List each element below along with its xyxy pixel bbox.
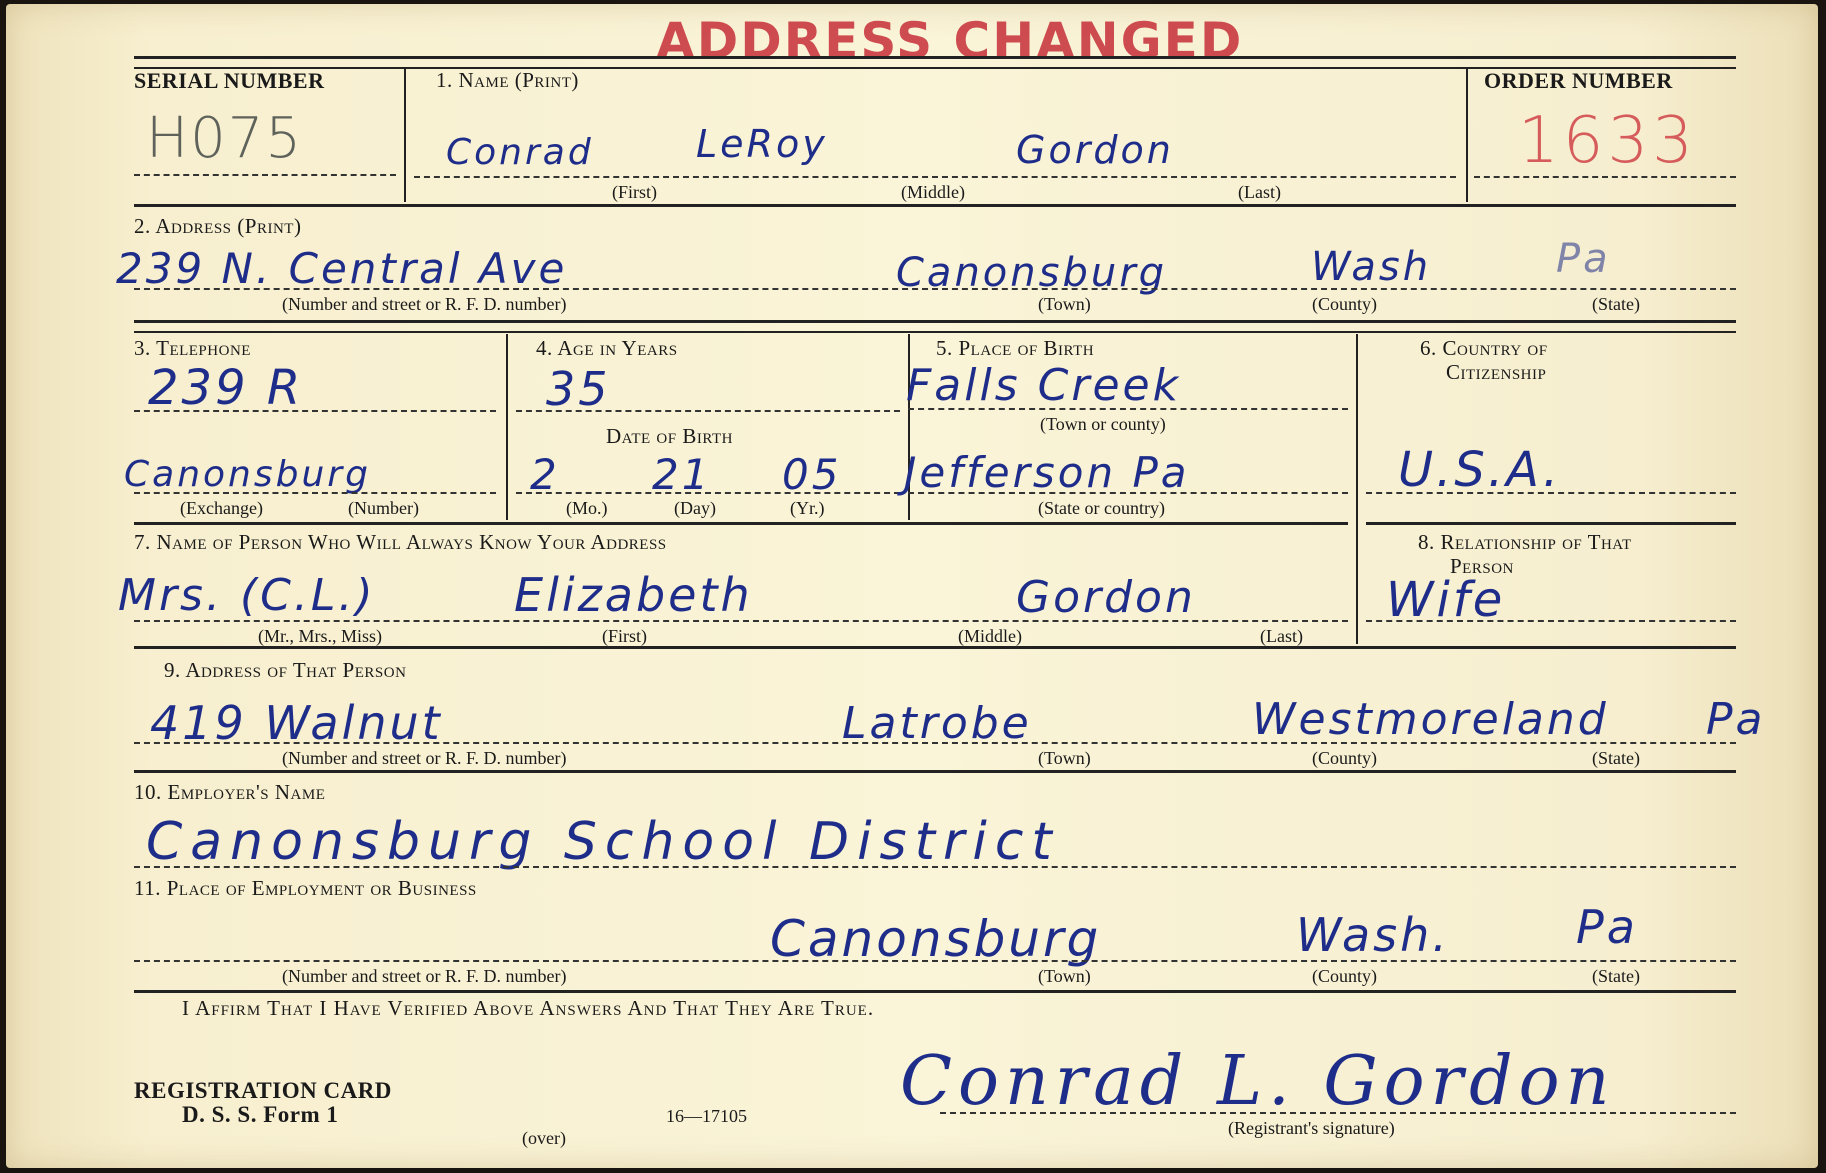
signature-value: Conrad L. Gordon bbox=[900, 1042, 1615, 1121]
telephone-label: 3. Telephone bbox=[134, 336, 251, 361]
row-rule bbox=[134, 646, 1736, 649]
contact-middle-caption: (Middle) bbox=[958, 626, 1022, 647]
contact-address-label: 9. Address of That Person bbox=[164, 658, 406, 683]
contact-address-line bbox=[134, 742, 1736, 744]
birth-state-value: Jefferson Pa bbox=[904, 448, 1190, 497]
age-line bbox=[516, 410, 900, 412]
divider bbox=[404, 68, 406, 202]
contact-town-caption: (Town) bbox=[1038, 748, 1091, 769]
employment-state-caption: (State) bbox=[1592, 966, 1640, 987]
contact-first-caption: (First) bbox=[602, 626, 647, 647]
citizenship-label-2: Citizenship bbox=[1446, 360, 1546, 385]
divider bbox=[1466, 68, 1468, 202]
name-last-value: Gordon bbox=[1016, 128, 1174, 172]
contact-line bbox=[134, 620, 1348, 622]
telephone-exchange-caption: (Exchange) bbox=[180, 498, 263, 519]
telephone-exchange-value: Canonsburg bbox=[124, 454, 371, 495]
signature-caption: (Registrant's signature) bbox=[1228, 1118, 1395, 1139]
footer-code: 16—17105 bbox=[666, 1106, 747, 1127]
order-number-label: ORDER NUMBER bbox=[1484, 68, 1673, 94]
row-rule bbox=[1366, 522, 1736, 525]
address-county-caption: (County) bbox=[1312, 294, 1377, 315]
footer-title: REGISTRATION CARD bbox=[134, 1078, 392, 1104]
address-county-value: Wash bbox=[1311, 244, 1431, 290]
dob-day-caption: (Day) bbox=[674, 498, 716, 519]
contact-first-value: Elizabeth bbox=[514, 568, 753, 622]
dob-line bbox=[516, 492, 900, 494]
relationship-label-1: 8. Relationship of That bbox=[1418, 530, 1632, 555]
age-value: 35 bbox=[546, 362, 611, 416]
address-state-value: Pa bbox=[1556, 236, 1611, 282]
footer-form: D. S. S. Form 1 bbox=[182, 1102, 338, 1128]
name-first-value: Conrad bbox=[446, 132, 594, 173]
contact-county-caption: (County) bbox=[1312, 748, 1377, 769]
telephone-number-value: 239 R bbox=[148, 360, 303, 416]
serial-number-value: H075 bbox=[146, 106, 303, 171]
affirmation-text: I Affirm That I Have Verified Above Answ… bbox=[182, 996, 874, 1021]
contact-last-caption: (Last) bbox=[1260, 626, 1303, 647]
contact-title-caption: (Mr., Mrs., Miss) bbox=[258, 626, 382, 647]
citizenship-value: U.S.A. bbox=[1398, 442, 1561, 498]
divider bbox=[1356, 334, 1358, 644]
row-rule bbox=[134, 320, 1736, 333]
employment-county-caption: (County) bbox=[1312, 966, 1377, 987]
address-state-caption: (State) bbox=[1592, 294, 1640, 315]
name-middle-caption: (Middle) bbox=[901, 182, 965, 203]
employment-street-caption: (Number and street or R. F. D. number) bbox=[282, 966, 567, 987]
employment-town-caption: (Town) bbox=[1038, 966, 1091, 987]
birth-state-caption: (State or country) bbox=[1038, 498, 1165, 519]
dob-month-caption: (Mo.) bbox=[566, 498, 608, 519]
row-rule bbox=[134, 990, 1736, 993]
birth-town-line bbox=[908, 408, 1348, 410]
order-number-value: 1633 bbox=[1518, 104, 1697, 178]
place-of-employment-label: 11. Place of Employment or Business bbox=[134, 876, 477, 901]
address-line bbox=[134, 288, 1736, 290]
order-number-line bbox=[1474, 176, 1736, 178]
name-line bbox=[414, 176, 1456, 178]
address-street-caption: (Number and street or R. F. D. number) bbox=[282, 294, 567, 315]
name-last-caption: (Last) bbox=[1238, 182, 1281, 203]
name-label: 1. Name (Print) bbox=[436, 68, 579, 93]
employment-line bbox=[134, 960, 1736, 962]
employer-label: 10. Employer's Name bbox=[134, 780, 325, 805]
citizenship-label-1: 6. Country of bbox=[1420, 336, 1548, 361]
telephone-number-caption: (Number) bbox=[348, 498, 419, 519]
citizenship-line bbox=[1366, 492, 1736, 494]
contact-last-value: Gordon bbox=[1016, 572, 1196, 623]
registration-card: ADDRESS CHANGED SERIAL NUMBER H075 1. Na… bbox=[6, 4, 1818, 1168]
contact-person-label: 7. Name of Person Who Will Always Know Y… bbox=[134, 530, 667, 555]
row-rule bbox=[134, 770, 1736, 773]
employer-value: Canonsburg School District bbox=[146, 812, 1060, 872]
birth-town-value: Falls Creek bbox=[906, 360, 1181, 411]
telephone-line-1 bbox=[134, 410, 496, 412]
place-of-birth-label: 5. Place of Birth bbox=[936, 336, 1094, 361]
age-label: 4. Age in Years bbox=[536, 336, 678, 361]
contact-state-caption: (State) bbox=[1592, 748, 1640, 769]
contact-street-caption: (Number and street or R. F. D. number) bbox=[282, 748, 567, 769]
name-first-caption: (First) bbox=[612, 182, 657, 203]
employment-county-value: Wash. bbox=[1296, 908, 1450, 962]
serial-number-label: SERIAL NUMBER bbox=[134, 68, 324, 94]
relationship-line bbox=[1366, 620, 1736, 622]
birth-state-line bbox=[908, 492, 1348, 494]
employer-line bbox=[134, 866, 1736, 868]
address-label: 2. Address (Print) bbox=[134, 214, 301, 239]
address-town-caption: (Town) bbox=[1038, 294, 1091, 315]
dob-label: Date of Birth bbox=[606, 424, 733, 449]
row-rule bbox=[134, 522, 1348, 525]
birth-town-caption: (Town or county) bbox=[1040, 414, 1166, 435]
name-middle-value: LeRoy bbox=[696, 122, 828, 166]
address-street-value: 239 N. Central Ave bbox=[116, 244, 567, 293]
contact-title-value: Mrs. (C.L.) bbox=[118, 570, 376, 621]
row-rule bbox=[134, 204, 1736, 207]
divider bbox=[506, 334, 508, 520]
signature-line bbox=[940, 1112, 1736, 1114]
contact-state-value: Pa bbox=[1706, 694, 1766, 745]
telephone-line-2 bbox=[134, 492, 496, 494]
contact-county-value: Westmoreland bbox=[1252, 694, 1609, 745]
dob-year-caption: (Yr.) bbox=[790, 498, 825, 519]
footer-over: (over) bbox=[522, 1128, 566, 1149]
serial-number-line bbox=[134, 174, 396, 176]
employment-state-value: Pa bbox=[1576, 900, 1638, 954]
